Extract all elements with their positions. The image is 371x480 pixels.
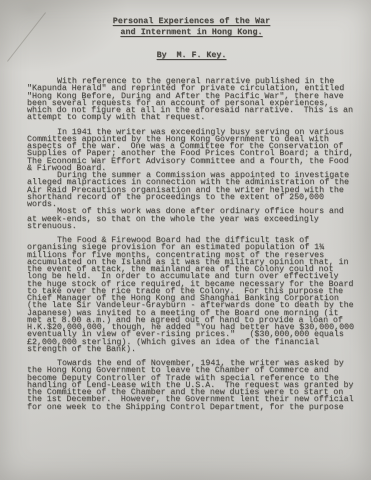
byline: By M. F. Key.	[27, 51, 356, 61]
document: Personal Experiences of the War and Inte…	[27, 16, 356, 411]
byline-text: By M. F. Key.	[157, 51, 227, 60]
paragraph-5: The Food & Firewood Board had the diffic…	[27, 237, 356, 353]
document-title: Personal Experiences of the War and Inte…	[27, 16, 356, 38]
paragraph-1: With reference to the general narrative …	[27, 78, 356, 122]
document-body: With reference to the general narrative …	[27, 78, 356, 411]
paragraph-6: Towards the end of November, 1941, the w…	[27, 360, 356, 411]
paragraph-4: Most of this work was done after ordinar…	[27, 208, 356, 230]
title-line-2: and Internment in Hong Kong.	[120, 28, 262, 37]
paragraph-3: During the summer a Commission was appoi…	[27, 172, 356, 208]
scanned-page: Personal Experiences of the War and Inte…	[0, 0, 371, 480]
title-line-1: Personal Experiences of the War	[113, 17, 270, 26]
paragraph-2: In 1941 the writer was exceedingly busy …	[27, 129, 356, 173]
